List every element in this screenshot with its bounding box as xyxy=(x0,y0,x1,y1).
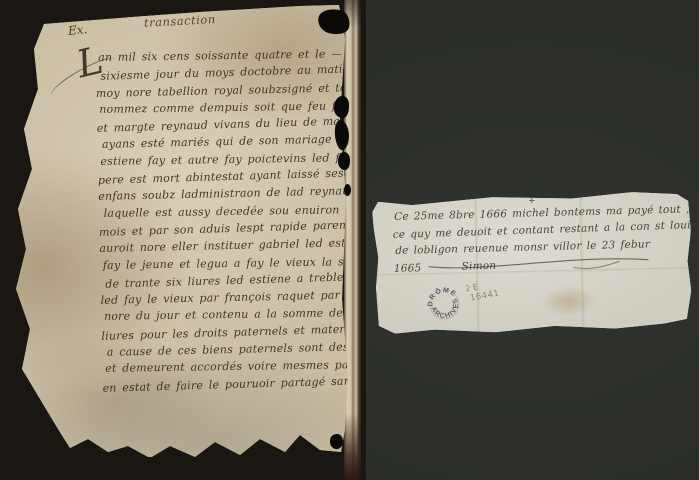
manuscript-text-block: L an mil six cens soissante quatre et le… xyxy=(95,46,361,398)
paper-slip: + Ce 25me 8bre 1666 michel bontems ma pa… xyxy=(372,191,693,336)
archive-photograph: Ex. + transaction L an mil six cens sois… xyxy=(0,0,699,480)
corner-annotation: Ex. xyxy=(67,22,88,38)
pencil-shelfmark: 2 E 16441 xyxy=(465,279,501,304)
signature-paraph xyxy=(423,250,653,277)
manuscript-page: Ex. + transaction L an mil six cens sois… xyxy=(12,5,352,457)
ink-stain xyxy=(330,434,343,449)
ink-stain xyxy=(338,152,350,170)
ink-stain xyxy=(344,184,351,196)
register-spine-edge xyxy=(344,0,361,480)
ink-stain xyxy=(334,96,349,118)
